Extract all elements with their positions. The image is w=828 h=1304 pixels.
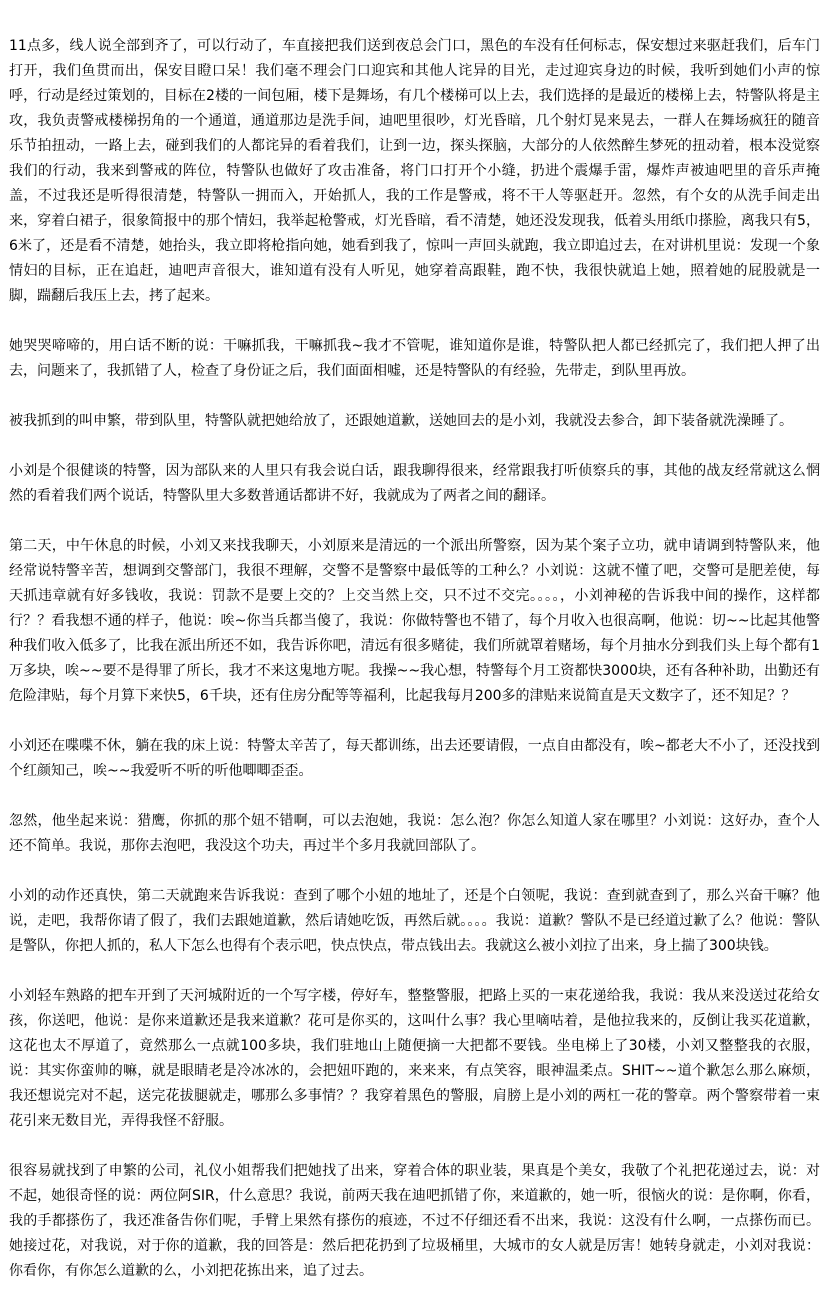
story-paragraph-9: 小刘轻车熟路的把车开到了天河城附近的一个写字楼，停好车，整整警服，把路上买的一束…: [9, 984, 820, 1134]
story-paragraph-4: 小刘是个很健谈的特警，因为部队来的人里只有我会说白话，跟我聊得很来，经常跟我打听…: [9, 459, 820, 509]
story-paragraph-7: 忽然，他坐起来说：猎鹰，你抓的那个妞不错啊，可以去泡她，我说：怎么泡？你怎么知道…: [9, 809, 820, 859]
story-paragraph-1: 11点多，线人说全部到齐了，可以行动了，车直接把我们送到夜总会门口，黑色的车没有…: [9, 34, 820, 309]
story-paragraph-3: 被我抓到的叫申繁，带到队里，特警队就把她给放了，还跟她道歉，送她回去的是小刘，我…: [9, 409, 820, 434]
story-paragraph-10: 很容易就找到了申繁的公司，礼仪小姐帮我们把她找了出来，穿着合体的职业装，果真是个…: [9, 1159, 820, 1284]
story-paragraph-2: 她哭哭啼啼的，用白话不断的说：干嘛抓我，干嘛抓我~我才不管呢，谁知道你是谁，特警…: [9, 334, 820, 384]
story-paragraph-6: 小刘还在喋喋不休，躺在我的床上说：特警太辛苦了，每天都训练，出去还要请假，一点自…: [9, 734, 820, 784]
story-paragraph-5: 第二天，中午休息的时候，小刘又来找我聊天，小刘原来是清远的一个派出所警察，因为某…: [9, 534, 820, 709]
document-page: 11点多，线人说全部到齐了，可以行动了，车直接把我们送到夜总会门口，黑色的车没有…: [0, 0, 828, 1304]
story-paragraph-8: 小刘的动作还真快，第二天就跑来告诉我说：查到了哪个小妞的地址了，还是个白领呢，我…: [9, 884, 820, 959]
